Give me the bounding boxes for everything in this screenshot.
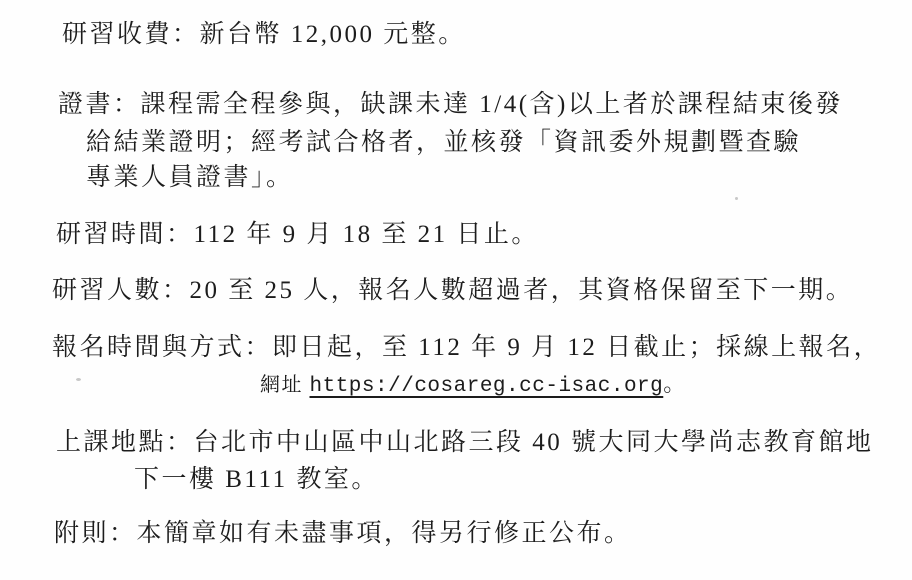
- certificate-line-2: 給結業證明；經考試合格者，並核發「資訊委外規劃暨查驗: [86, 128, 801, 158]
- registration-url-line: 網址 https://cosareg.cc-isac.org。: [260, 369, 688, 402]
- schedule-line: 研習時間：112 年 9 月 18 至 21 日止。: [56, 220, 539, 250]
- scanned-document-page: 研習收費：新台幣 12,000 元整。 證書：課程需全程參與，缺課未達 1/4(…: [0, 0, 912, 580]
- capacity-line: 研習人數：20 至 25 人，報名人數超過者，其資格保留至下一期。: [52, 276, 853, 306]
- scan-speck: [735, 197, 738, 200]
- url-label: 網址: [260, 374, 310, 396]
- fee-line: 研習收費：新台幣 12,000 元整。: [62, 20, 466, 50]
- registration-url-link[interactable]: https://cosareg.cc-isac.org: [310, 375, 664, 398]
- location-line-1: 上課地點：台北市中山區中山北路三段 40 號大同大學尚志教育館地: [56, 428, 874, 458]
- certificate-line-1: 證書：課程需全程參與，缺課未達 1/4(含)以上者於課程結束後發: [58, 90, 843, 120]
- scan-speck: [76, 378, 81, 381]
- location-line-2: 下一樓 B111 教室。: [134, 465, 379, 495]
- appendix-line: 附則：本簡章如有未盡事項，得另行修正公布。: [54, 519, 632, 549]
- certificate-line-3: 專業人員證書」。: [86, 163, 294, 193]
- url-suffix: 。: [663, 371, 688, 396]
- registration-line-1: 報名時間與方式：即日起，至 112 年 9 月 12 日截止；採線上報名，: [52, 333, 881, 363]
